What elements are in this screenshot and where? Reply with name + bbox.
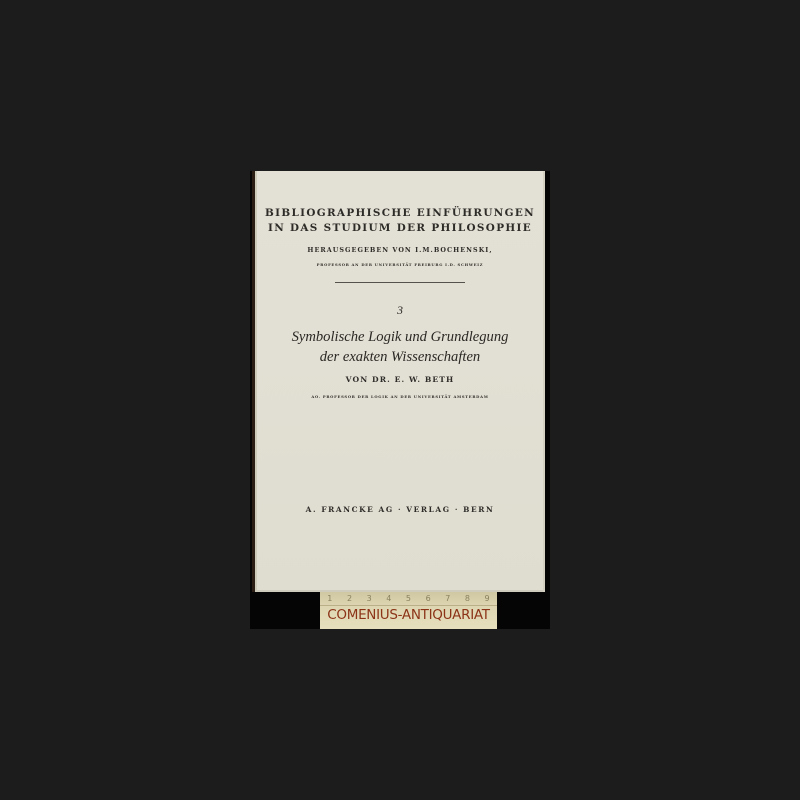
- ruler-mark: 9: [485, 594, 490, 603]
- ruler-mark: 5: [406, 594, 411, 603]
- ruler-mark: 1: [327, 594, 332, 603]
- ruler-mark: 3: [367, 594, 372, 603]
- antiquariat-watermark: COMENIUS-ANTIQUARIAT: [320, 607, 497, 623]
- ruler-mark: 8: [465, 594, 470, 603]
- series-title-line-2: IN DAS STUDIUM DER PHILOSOPHIE: [255, 221, 545, 236]
- author-affiliation: AO. PROFESSOR DER LOGIK AN DER UNIVERSIT…: [255, 395, 545, 399]
- ruler-scale: 1 2 3 4 5 6 7 8 9: [320, 592, 497, 606]
- separator-rule: [335, 282, 465, 283]
- book-title-line-2: der exakten Wissenschaften: [255, 347, 545, 367]
- image-canvas: BIBLIOGRAPHISCHE EINFÜHRUNGEN IN DAS STU…: [0, 0, 800, 800]
- editor-affiliation: PROFESSOR AN DER UNIVERSITÄT FREIBURG I.…: [255, 263, 545, 267]
- ruler-mark: 7: [445, 594, 450, 603]
- editor-line: HERAUSGEGEBEN VON I.M.BOCHENSKI,: [255, 246, 545, 254]
- series-title-line-1: BIBLIOGRAPHISCHE EINFÜHRUNGEN: [255, 206, 545, 221]
- book-cover: BIBLIOGRAPHISCHE EINFÜHRUNGEN IN DAS STU…: [255, 171, 545, 592]
- book-title-line-1: Symbolische Logik und Grundlegung: [255, 327, 545, 347]
- ruler-label-strip: 1 2 3 4 5 6 7 8 9 COMENIUS-ANTIQUARIAT: [320, 592, 497, 629]
- author-line: VON DR. E. W. BETH: [255, 375, 545, 384]
- ruler-mark: 4: [386, 594, 391, 603]
- publisher-line: A. FRANCKE AG · VERLAG · BERN: [255, 505, 545, 514]
- ruler-mark: 6: [426, 594, 431, 603]
- photo-backdrop: BIBLIOGRAPHISCHE EINFÜHRUNGEN IN DAS STU…: [250, 171, 550, 629]
- ruler-mark: 2: [347, 594, 352, 603]
- volume-number: 3: [255, 303, 545, 318]
